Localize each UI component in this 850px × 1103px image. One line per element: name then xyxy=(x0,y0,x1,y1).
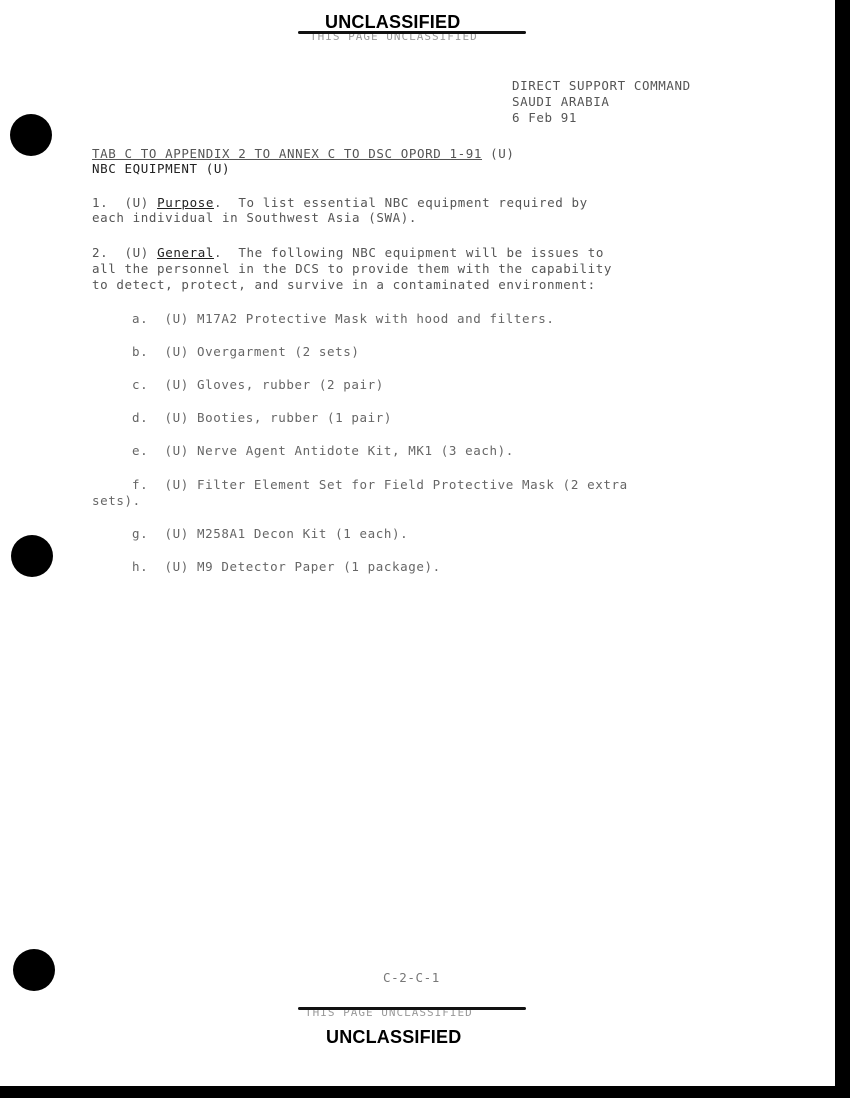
paragraph-heading: General xyxy=(157,245,214,260)
item-letter: g. xyxy=(132,526,148,541)
item-letter: f. xyxy=(132,477,148,492)
classification-bottom: UNCLASSIFIED xyxy=(326,1027,461,1048)
item-letter: e. xyxy=(132,443,148,458)
list-item-b: b. (U) Overgarment (2 sets) xyxy=(132,344,360,360)
scan-border-right xyxy=(835,0,850,1098)
item-text: (U) Overgarment (2 sets) xyxy=(165,344,360,359)
paragraph-number: 1. xyxy=(92,195,108,210)
item-text: (U) Nerve Agent Antidote Kit, MK1 (3 eac… xyxy=(165,443,514,458)
paragraph-2-line-2: all the personnel in the DCS to provide … xyxy=(92,261,612,277)
document-date: 6 Feb 91 xyxy=(512,110,577,126)
classification-marking: (U) xyxy=(125,195,149,210)
item-text: (U) M17A2 Protective Mask with hood and … xyxy=(165,311,555,326)
punch-hole-top xyxy=(10,114,52,156)
page-number: C-2-C-1 xyxy=(383,970,440,986)
command-name: DIRECT SUPPORT COMMAND xyxy=(512,78,691,94)
scan-border-bottom xyxy=(0,1086,850,1098)
paragraph-2-line-1: 2. (U) General. The following NBC equipm… xyxy=(92,245,604,261)
list-item-g: g. (U) M258A1 Decon Kit (1 each). xyxy=(132,526,408,542)
item-letter: b. xyxy=(132,344,148,359)
item-text: (U) Booties, rubber (1 pair) xyxy=(165,410,393,425)
strikethrough-line-top xyxy=(298,31,526,34)
item-letter: a. xyxy=(132,311,148,326)
paragraph-text: . The following NBC equipment will be is… xyxy=(214,245,604,260)
item-letter: h. xyxy=(132,559,148,574)
list-item-f-continuation: sets). xyxy=(92,493,141,509)
paragraph-2-line-3: to detect, protect, and survive in a con… xyxy=(92,277,596,293)
list-item-d: d. (U) Booties, rubber (1 pair) xyxy=(132,410,392,426)
punch-hole-bottom xyxy=(13,949,55,991)
paragraph-1-line-1: 1. (U) Purpose. To list essential NBC eq… xyxy=(92,195,588,211)
item-letter: d. xyxy=(132,410,148,425)
paragraph-number: 2. xyxy=(92,245,108,260)
paragraph-1-line-2: each individual in Southwest Asia (SWA). xyxy=(92,210,417,226)
classification-marking: (U) xyxy=(125,245,149,260)
paragraph-heading: Purpose xyxy=(157,195,214,210)
item-text: (U) M258A1 Decon Kit (1 each). xyxy=(165,526,409,541)
strikethrough-line-bottom xyxy=(298,1007,526,1010)
document-reference: TAB C TO APPENDIX 2 TO ANNEX C TO DSC OP… xyxy=(92,146,515,162)
reference-text: TAB C TO APPENDIX 2 TO ANNEX C TO DSC OP… xyxy=(92,146,482,161)
punch-hole-middle xyxy=(11,535,53,577)
document-page: UNCLASSIFIED THIS PAGE UNCLASSIFIED DIRE… xyxy=(0,0,850,1103)
list-item-c: c. (U) Gloves, rubber (2 pair) xyxy=(132,377,384,393)
location: SAUDI ARABIA xyxy=(512,94,610,110)
item-text: (U) M9 Detector Paper (1 package). xyxy=(165,559,441,574)
list-item-h: h. (U) M9 Detector Paper (1 package). xyxy=(132,559,441,575)
list-item-a: a. (U) M17A2 Protective Mask with hood a… xyxy=(132,311,555,327)
item-text: (U) Filter Element Set for Field Protect… xyxy=(165,477,628,492)
list-item-e: e. (U) Nerve Agent Antidote Kit, MK1 (3 … xyxy=(132,443,514,459)
item-text: (U) Gloves, rubber (2 pair) xyxy=(165,377,384,392)
paragraph-text: . To list essential NBC equipment requir… xyxy=(214,195,588,210)
item-letter: c. xyxy=(132,377,148,392)
list-item-f: f. (U) Filter Element Set for Field Prot… xyxy=(132,477,628,493)
reference-marking: (U) xyxy=(490,146,514,161)
document-subject: NBC EQUIPMENT (U) xyxy=(92,161,230,177)
